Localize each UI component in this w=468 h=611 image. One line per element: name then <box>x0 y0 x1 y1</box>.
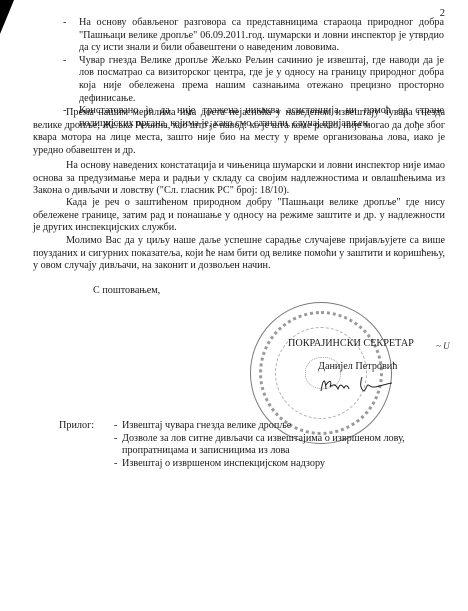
annex-item: - Извештај чувара гнезда велике дропље <box>114 420 434 433</box>
handwritten-signature-icon <box>318 373 418 395</box>
signatory-title: ПОКРАЈИНСКИ СЕКРЕТАР <box>288 338 414 351</box>
finding-text: На основу обављеног разговора са предста… <box>79 17 444 53</box>
closing-greeting: С поштовањем, <box>93 285 160 298</box>
annex-item-text: Извештај о извршеном инспекцијском надзо… <box>122 458 325 469</box>
annex-item-text: Извештај чувара гнезда велике дропље <box>122 420 291 431</box>
body-paragraph: Према нашим мерилима има доста нејасноћа… <box>33 107 445 157</box>
annex-item: - Дозволе за лов ситне дивљачи са извешт… <box>114 433 434 458</box>
body-paragraph: На основу наведених констатација и чињен… <box>33 160 445 198</box>
body-paragraph: Када је реч о заштићеном природном добру… <box>33 197 445 235</box>
bullet-dash: - <box>114 433 117 446</box>
annex-label: Прилог: <box>59 420 94 433</box>
body-paragraph: Молимо Вас да у циљу наше даље успешне с… <box>33 235 445 273</box>
annex-item-text: Дозволе за лов ситне дивљачи са извештај… <box>122 433 405 457</box>
bullet-dash: - <box>114 420 117 433</box>
signatory-name: Данијел Петровић <box>318 361 397 374</box>
finding-item: - Чувар гнезда Велике дропље Жељко Рељин… <box>66 55 444 105</box>
scan-corner-artifact <box>0 0 14 34</box>
finding-text: Чувар гнезда Велике дропље Жељко Рељин с… <box>79 55 444 104</box>
handwritten-mark: ~ U <box>436 340 450 353</box>
bullet-dash: - <box>63 17 66 30</box>
annex-list: - Извештај чувара гнезда велике дропље -… <box>114 420 434 470</box>
bullet-dash: - <box>63 55 66 68</box>
finding-item: - На основу обављеног разговора са предс… <box>66 17 444 55</box>
bullet-dash: - <box>114 458 117 471</box>
annex-item: - Извештај о извршеном инспекцијском над… <box>114 458 434 471</box>
